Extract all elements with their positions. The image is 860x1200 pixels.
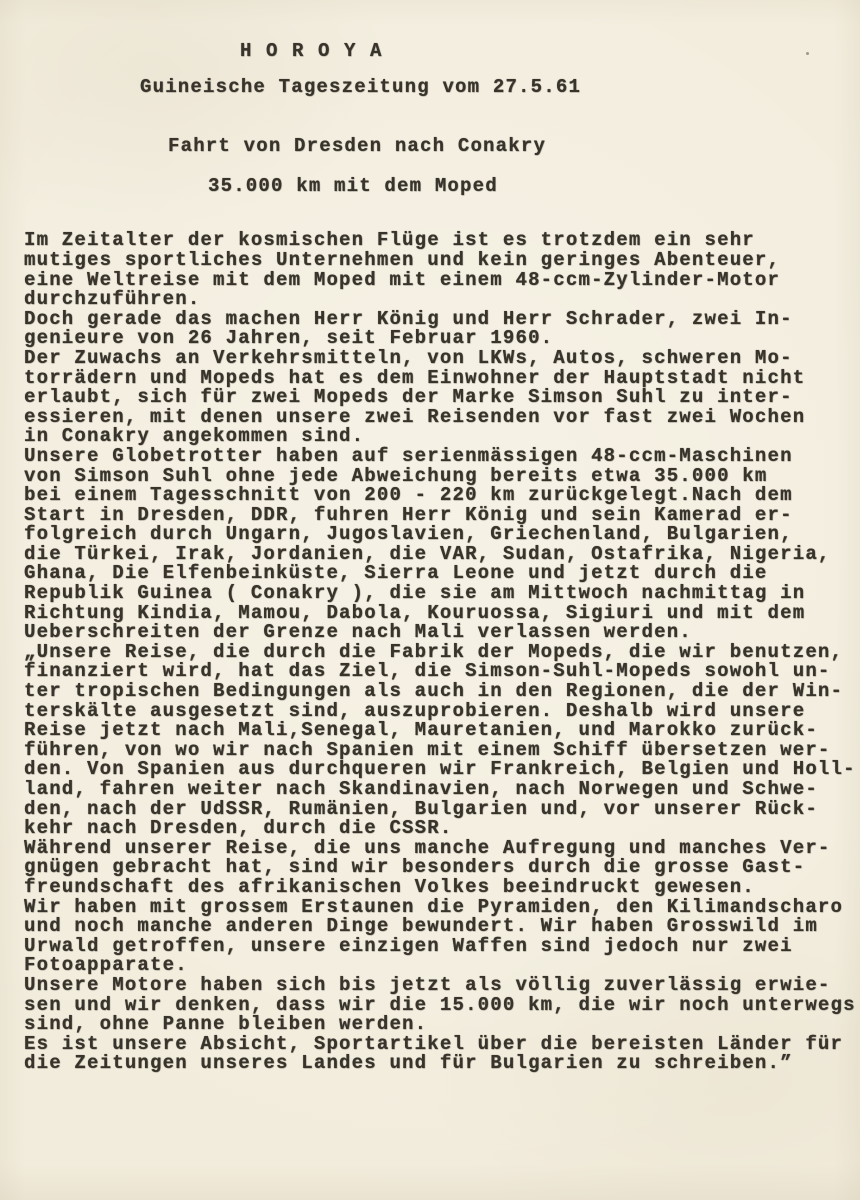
text-line: Fotoapparate. xyxy=(24,956,860,976)
article-body: Im Zeitalter der kosmischen Flüge ist es… xyxy=(24,231,860,1074)
text-line: kehr nach Dresden, durch die CSSR. xyxy=(24,819,860,839)
text-line: Unsere Motore haben sich bis jetzt als v… xyxy=(24,976,860,996)
text-line: Reise jetzt nach Mali,Senegal, Mauretani… xyxy=(24,721,860,741)
text-line: mutiges sportliches Unternehmen und kein… xyxy=(24,251,860,271)
scanned-typewritten-page: H O R O Y A Guineische Tageszeitung vom … xyxy=(0,0,860,1200)
text-line: bei einem Tagesschnitt von 200 - 220 km … xyxy=(24,486,860,506)
text-line: erlaubt, sich für zwei Mopeds der Marke … xyxy=(24,388,860,408)
text-line: folgreich durch Ungarn, Jugoslavien, Gri… xyxy=(24,525,860,545)
text-line: Republik Guinea ( Conakry ), die sie am … xyxy=(24,584,860,604)
text-line: land, fahren weiter nach Skandinavien, n… xyxy=(24,780,860,800)
article-title: Fahrt von Dresden nach Conakry xyxy=(168,137,860,157)
article-subtitle: 35.000 km mit dem Moped xyxy=(208,177,860,197)
text-line: durchzuführen. xyxy=(24,290,860,310)
text-line: genieure von 26 Jahren, seit Februar 196… xyxy=(24,329,860,349)
text-line: Der Zuwachs an Verkehrsmitteln, von LKWs… xyxy=(24,349,860,369)
masthead-title: H O R O Y A xyxy=(240,0,860,62)
paper-speck xyxy=(806,52,809,55)
publication-date-line: Guineische Tageszeitung vom 27.5.61 xyxy=(140,78,860,98)
text-line: freundschaft des afrikanischen Volkes be… xyxy=(24,878,860,898)
text-line: in Conakry angekommen sind. xyxy=(24,427,860,447)
text-line: die Zeitungen unseres Landes und für Bul… xyxy=(24,1054,860,1074)
text-line: Unsere Globetrotter haben auf serienmäss… xyxy=(24,447,860,467)
text-line: sind, ohne Panne bleiben werden. xyxy=(24,1015,860,1035)
text-line: und noch manche anderen Dinge bewundert.… xyxy=(24,917,860,937)
text-line: ter tropischen Bedingungen als auch in d… xyxy=(24,682,860,702)
text-line: Ueberschreiten der Grenze nach Mali verl… xyxy=(24,623,860,643)
